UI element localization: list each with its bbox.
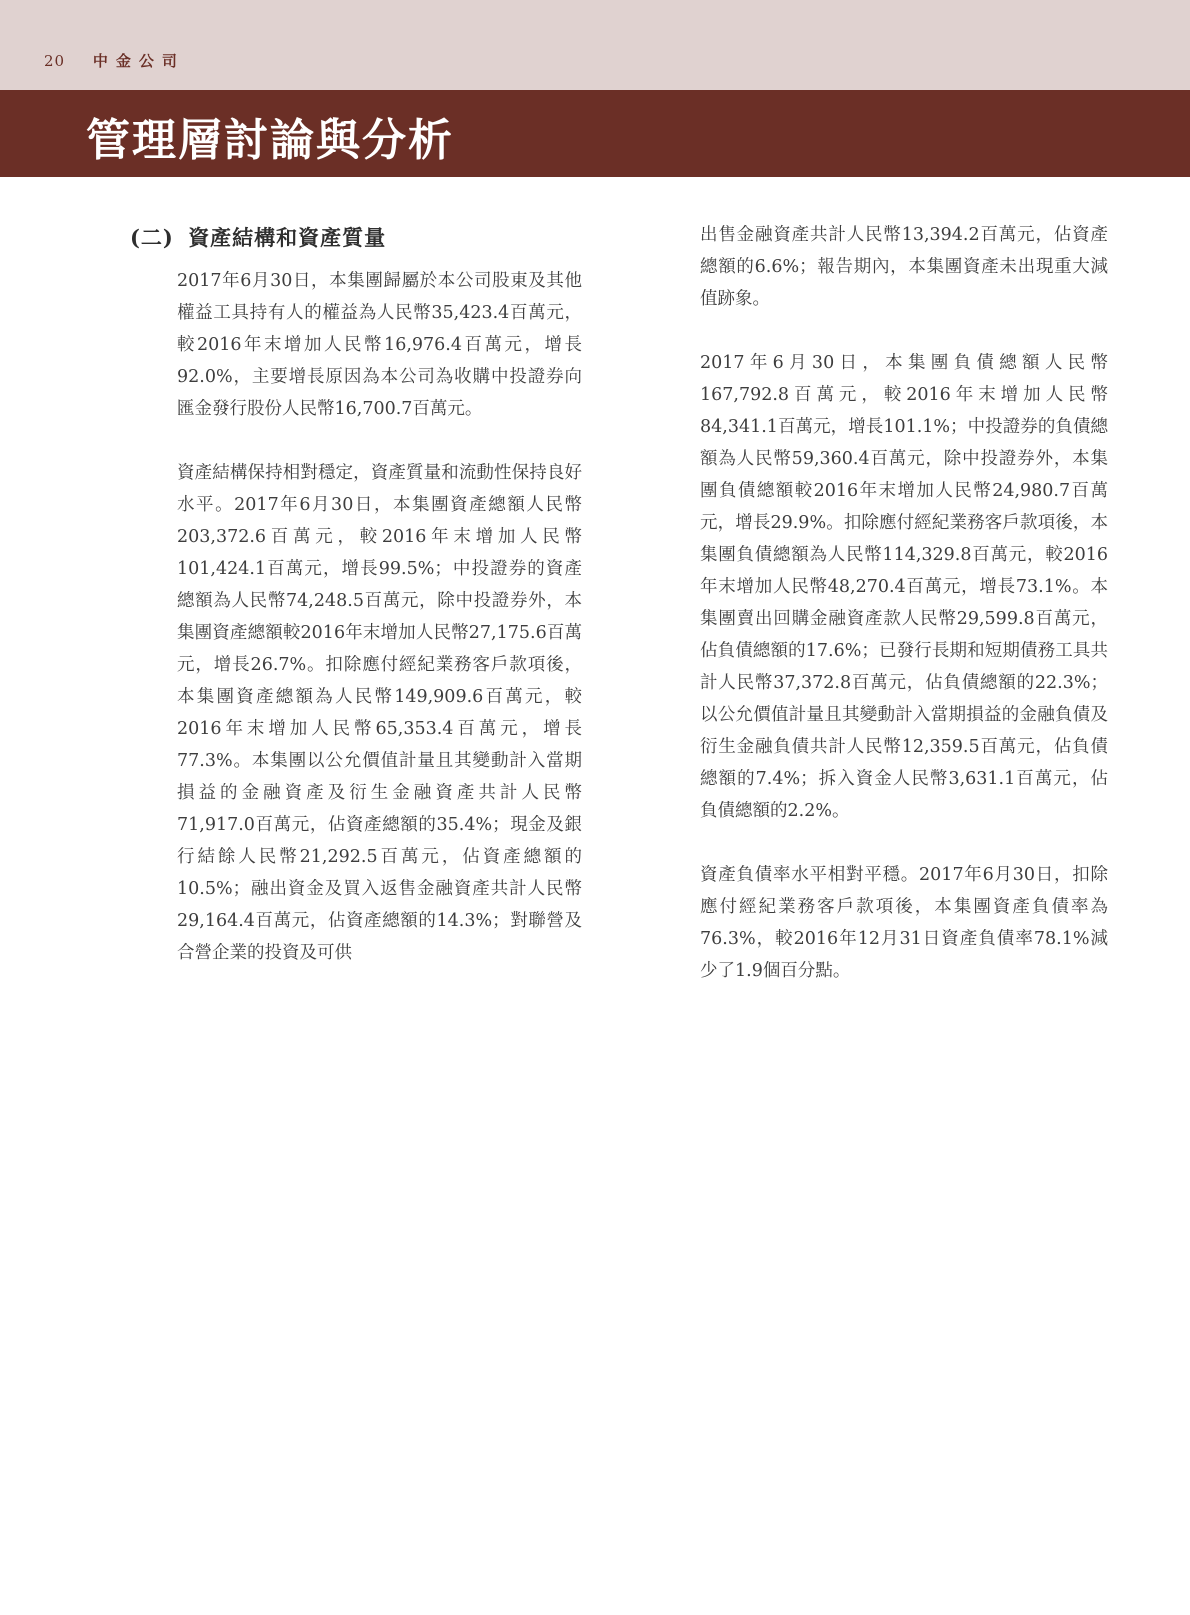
running-head: 20 中金公司 (44, 50, 185, 71)
paragraph-asset-structure: 資產結構保持相對穩定，資產質量和流動性保持良好水平。2017年6月30日，本集團… (177, 457, 582, 969)
right-column: 出售金融資產共計人民幣13,394.2百萬元，佔資產總額的6.6%；報告期內，本… (700, 219, 1108, 1019)
company-name: 中金公司 (93, 52, 185, 70)
left-column: 2017年6月30日，本集團歸屬於本公司股東及其他權益工具持有人的權益為人民幣3… (177, 265, 582, 1001)
paragraph-debt-ratio: 資產負債率水平相對平穩。2017年6月30日，扣除應付經紀業務客戶款項後，本集團… (700, 859, 1108, 987)
title-band: 管理層討論與分析 (0, 90, 1190, 177)
page-number: 20 (44, 52, 65, 70)
section-number: (二) (130, 225, 174, 250)
section-heading: (二) 資產結構和資產質量 (130, 222, 386, 252)
paragraph-liabilities: 2017年6月30日，本集團負債總額人民幣167,792.8百萬元，較2016年… (700, 347, 1108, 827)
section-title: 資產結構和資產質量 (188, 225, 386, 250)
paragraph-asset-continued: 出售金融資產共計人民幣13,394.2百萬元，佔資產總額的6.6%；報告期內，本… (700, 219, 1108, 315)
page-title: 管理層討論與分析 (86, 104, 454, 168)
paragraph-equity: 2017年6月30日，本集團歸屬於本公司股東及其他權益工具持有人的權益為人民幣3… (177, 265, 582, 425)
top-header-band: 20 中金公司 (0, 0, 1190, 90)
